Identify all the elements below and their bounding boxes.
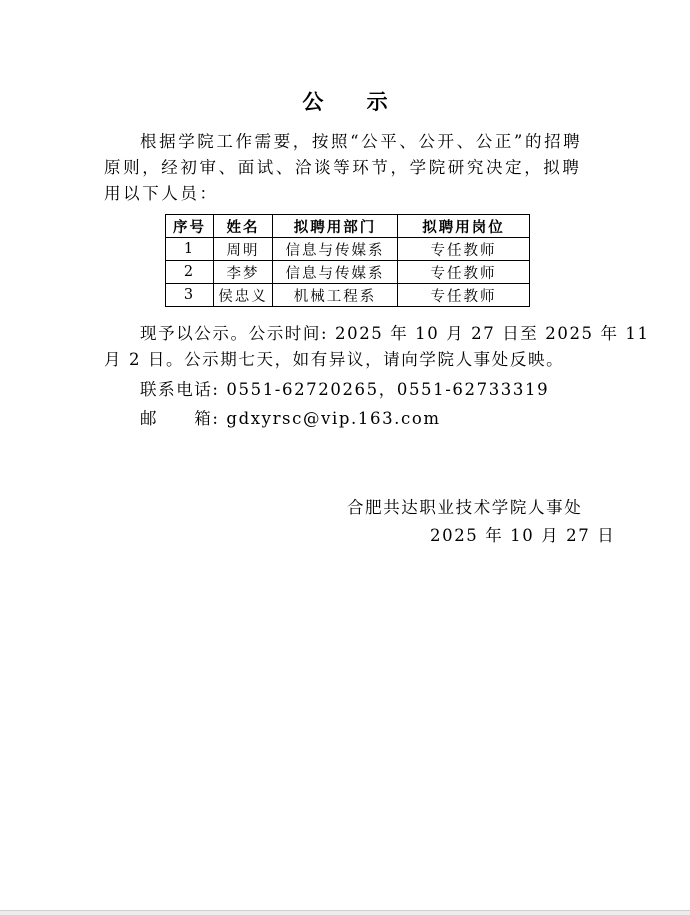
- header-department: 拟聘用部门: [273, 215, 398, 238]
- cell-position: 专任教师: [398, 238, 530, 261]
- signature-date: 2025 年 10 月 27 日: [430, 522, 615, 546]
- header-index: 序号: [166, 215, 214, 238]
- table-row: 2 李梦 信息与传媒系 专任教师: [166, 261, 530, 284]
- cell-position: 专任教师: [398, 261, 530, 284]
- cell-department: 信息与传媒系: [273, 261, 398, 284]
- notice-line-1: 现予以公示。公示时间: 2025 年 10 月 27 日至 2025 年 11: [140, 320, 650, 344]
- cell-position: 专任教师: [398, 284, 530, 307]
- intro-paragraph: 根据学院工作需要，按照“公平、公开、公正”的招聘原则，经初审、面试、洽谈等环节，…: [104, 129, 590, 207]
- signature-org: 合肥共达职业技术学院人事处: [347, 494, 582, 518]
- cell-index: 2: [166, 261, 214, 284]
- table-header-row: 序号 姓名 拟聘用部门 拟聘用岗位: [166, 215, 530, 238]
- contact-email[interactable]: gdxyrsc@vip.163.com: [226, 409, 440, 428]
- contact-email-label: 邮 箱:: [140, 409, 220, 428]
- cell-index: 1: [166, 238, 214, 261]
- contact-email-row: 邮 箱: gdxyrsc@vip.163.com: [140, 405, 441, 429]
- cell-name: 李梦: [214, 261, 273, 284]
- header-name: 姓名: [214, 215, 273, 238]
- cell-name: 周明: [214, 238, 273, 261]
- bottom-bar: [0, 910, 690, 915]
- cell-name: 侯忠义: [214, 284, 273, 307]
- hiring-table: 序号 姓名 拟聘用部门 拟聘用岗位 1 周明 信息与传媒系 专任教师 2 李梦 …: [165, 214, 530, 307]
- notice-line-2: 月 2 日。公示期七天，如有异议，请向学院人事处反映。: [104, 346, 564, 370]
- table-row: 3 侯忠义 机械工程系 专任教师: [166, 284, 530, 307]
- cell-department: 信息与传媒系: [273, 238, 398, 261]
- cell-department: 机械工程系: [273, 284, 398, 307]
- table-row: 1 周明 信息与传媒系 专任教师: [166, 238, 530, 261]
- header-position: 拟聘用岗位: [398, 215, 530, 238]
- document-title: 公 示: [0, 86, 690, 116]
- contact-phone: 联系电话: 0551-62720265，0551-62733319: [140, 376, 549, 400]
- cell-index: 3: [166, 284, 214, 307]
